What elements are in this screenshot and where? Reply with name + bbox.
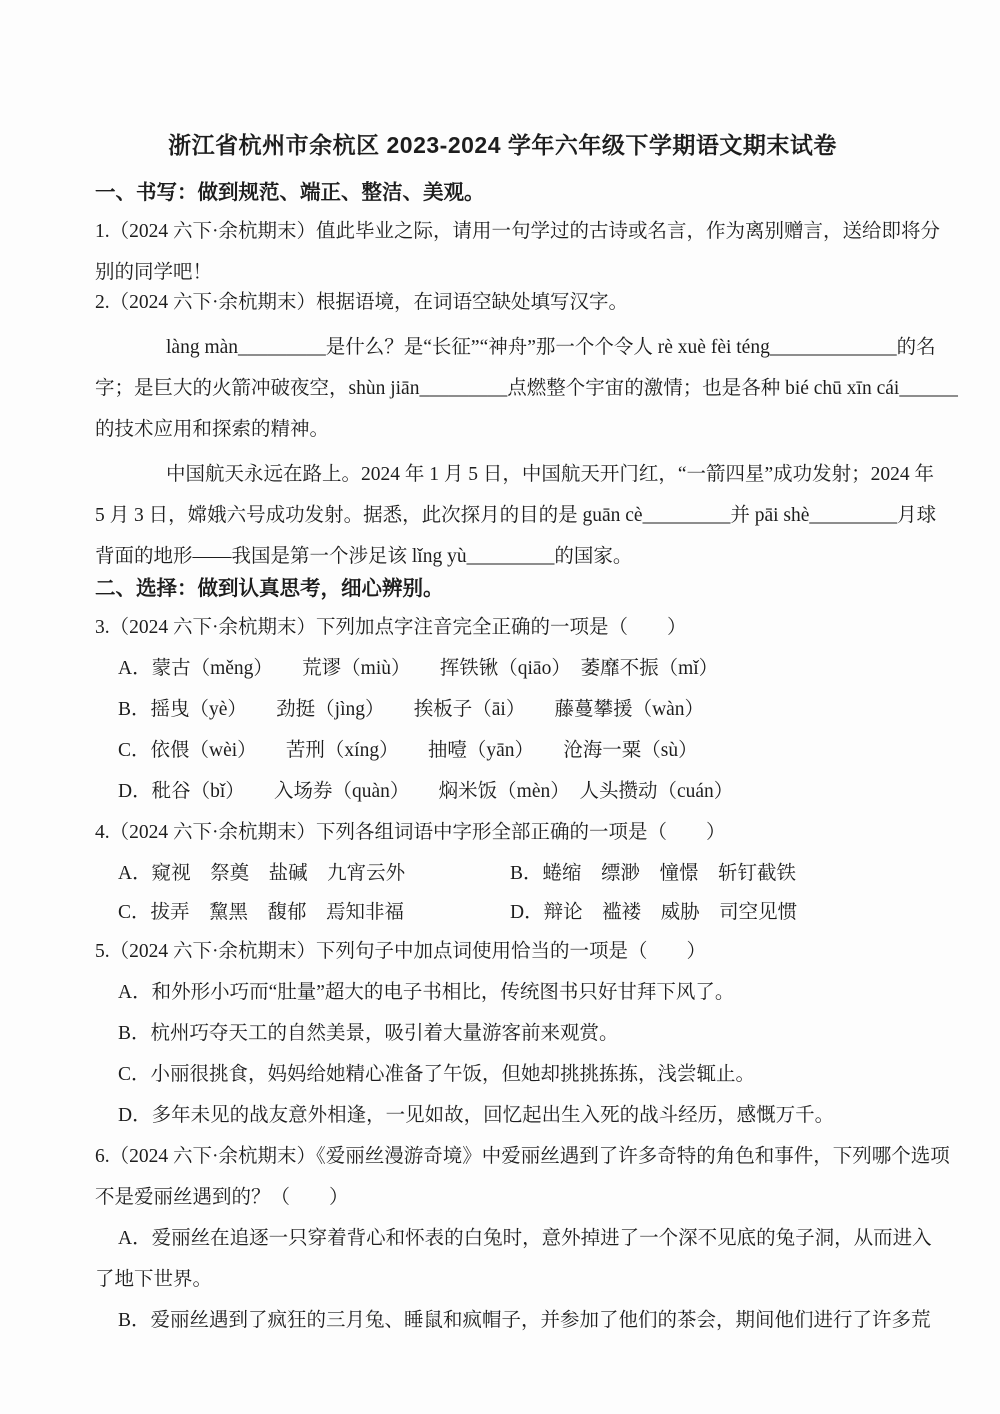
exam-content: 浙江省杭州市余杭区 2023-2024 学年六年级下学期语文期末试卷 一、书写：… — [0, 0, 1000, 1333]
question-5-stem: 5.（2024 六下·余杭期末）下列句子中加点词使用恰当的一项是（ ） — [95, 940, 910, 964]
question-4-option-row-1: A．窥视 祭奠 盐碱 九宵云外 B．蜷缩 缥渺 憧憬 斩钉截铁 — [95, 862, 910, 886]
question-3-option-b: B．摇曳（yè） 劲挺（jìng） 挨板子（āi） 藤蔓攀援（wàn） — [95, 698, 910, 722]
question-6-option-a-line-2: 了地下世界。 — [95, 1268, 910, 1292]
question-4-option-a: A．窥视 祭奠 盐碱 九宵云外 — [118, 862, 510, 886]
question-2-stem: 2.（2024 六下·余杭期末）根据语境，在词语空缺处填写汉字。 — [95, 291, 910, 315]
question-2-paragraph-2-line-1: 中国航天永远在路上。2024 年 1 月 5 日，中国航天开门红，“一箭四星”成… — [95, 463, 910, 487]
question-2-paragraph-2-line-2: 5 月 3 日，嫦娥六号成功发射。据悉，此次探月的目的是 guān cè____… — [95, 504, 910, 528]
question-3-stem: 3.（2024 六下·余杭期末）下列加点字注音完全正确的一项是（ ） — [95, 616, 910, 640]
question-2-paragraph-2-line-3: 背面的地形——我国是第一个涉足该 lǐng yù_________的国家。 — [95, 545, 910, 569]
exam-page: 浙江省杭州市余杭区 2023-2024 学年六年级下学期语文期末试卷 一、书写：… — [0, 0, 1000, 1414]
question-6-line-1: 6.（2024 六下·余杭期末）《爱丽丝漫游奇境》中爱丽丝遇到了许多奇特的角色和… — [95, 1145, 910, 1169]
page-title: 浙江省杭州市余杭区 2023-2024 学年六年级下学期语文期末试卷 — [95, 130, 910, 160]
question-4-option-c: C．拔弄 黧黑 馥郁 焉知非福 — [118, 901, 510, 925]
question-3-option-c: C．依偎（wèi） 苦刑（xíng） 抽噎（yān） 沧海一粟（sù） — [95, 739, 910, 763]
section-2-heading: 二、选择：做到认真思考，细心辨别。 — [95, 575, 910, 602]
question-4-stem: 4.（2024 六下·余杭期末）下列各组词语中字形全部正确的一项是（ ） — [95, 821, 910, 845]
question-2-paragraph-1-line-2: 字；是巨大的火箭冲破夜空，shùn jiān_________点燃整个宇宙的激情… — [95, 377, 910, 401]
question-3-option-d: D．秕谷（bǐ） 入场券（quàn） 焖米饭（mèn） 人头攒动（cuán） — [95, 780, 910, 804]
question-6-line-2: 不是爱丽丝遇到的？（ ） — [95, 1186, 910, 1210]
question-4-option-d: D．辩论 褴褛 威胁 司空见惯 — [510, 901, 797, 925]
question-1-line-1: 1.（2024 六下·余杭期末）值此毕业之际，请用一句学过的古诗或名言，作为离别… — [95, 220, 910, 244]
question-6-option-b-line-1: B．爱丽丝遇到了疯狂的三月兔、睡鼠和疯帽子，并参加了他们的茶会，期间他们进行了许… — [95, 1309, 910, 1333]
section-1-heading: 一、书写：做到规范、端正、整洁、美观。 — [95, 179, 910, 206]
question-1-line-2: 别的同学吧！ — [95, 261, 910, 285]
question-4-option-b: B．蜷缩 缥渺 憧憬 斩钉截铁 — [510, 862, 796, 886]
question-2-paragraph-1-line-1: làng màn_________是什么？是“长征”“神舟”那一个个令人 rè … — [95, 336, 910, 360]
question-5-option-c: C．小丽很挑食，妈妈给她精心准备了午饭，但她却挑挑拣拣，浅尝辄止。 — [95, 1063, 910, 1087]
question-3-option-a: A．蒙古（měng） 荒谬（miù） 挥铁锹（qiāo） 萎靡不振（mǐ） — [95, 657, 910, 681]
question-6-option-a-line-1: A．爱丽丝在追逐一只穿着背心和怀表的白兔时，意外掉进了一个深不见底的兔子洞，从而… — [95, 1227, 910, 1251]
question-4-option-row-2: C．拔弄 黧黑 馥郁 焉知非福 D．辩论 褴褛 威胁 司空见惯 — [95, 901, 910, 925]
question-5-option-b: B．杭州巧夺天工的自然美景，吸引着大量游客前来观赏。 — [95, 1022, 910, 1046]
question-2-paragraph-1-line-3: 的技术应用和探索的精神。 — [95, 418, 910, 442]
question-5-option-a: A．和外形小巧而“肚量”超大的电子书相比，传统图书只好甘拜下风了。 — [95, 981, 910, 1005]
question-5-option-d: D．多年未见的战友意外相逢，一见如故，回忆起出生入死的战斗经历，感慨万千。 — [95, 1104, 910, 1128]
